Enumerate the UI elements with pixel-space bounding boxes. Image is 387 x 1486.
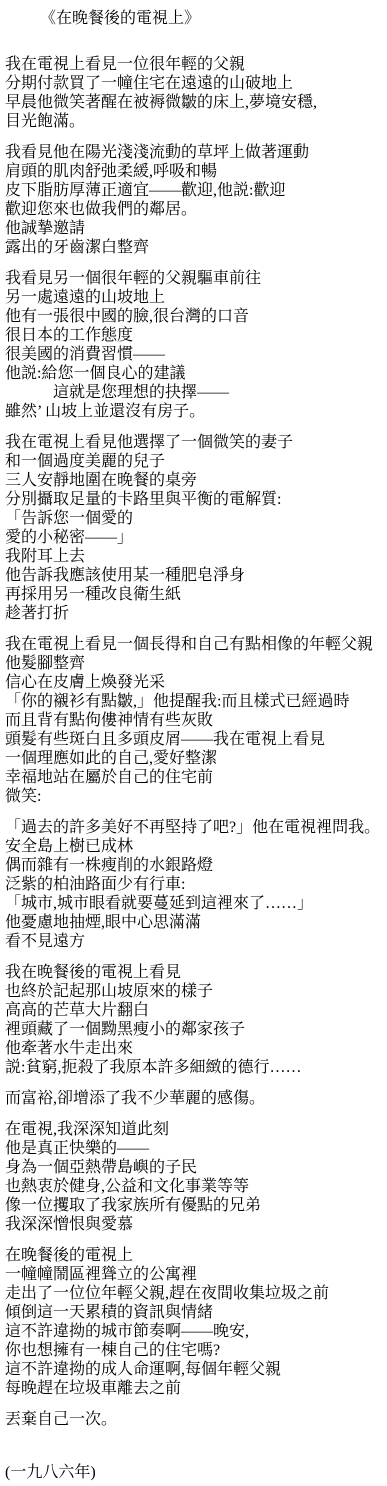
poem-line: 歡迎您來也做我們的鄰居。: [5, 200, 387, 219]
poem-line: 「告訴您一個愛的: [5, 509, 387, 528]
poem-line: 雖然’ 山坡上並還沒有房子。: [5, 402, 387, 421]
poem-line: 一幢幢鬧區裡聳立的公寓裡: [5, 1265, 387, 1284]
poem-line: 他憂慮地抽煙,眼中心思滿滿: [5, 913, 387, 932]
poem-line: 我看見另一個很年輕的父親驅車前往: [5, 269, 387, 288]
poem-line: 肩頭的肌肉舒弛柔緩,呼吸和暢: [5, 162, 387, 181]
poem-stanza: 在電視,我深深知道此刻他是真正快樂的——身為一個亞熱帶島嶼的子民也熱衷於健身,公…: [5, 1120, 387, 1234]
poem-line: 看不見遠方: [5, 932, 387, 951]
poem-line: 另一處遠遠的山坡地上: [5, 288, 387, 307]
poem-body: 我在電視上看見一位很年輕的父親分期付款買了一幢住宅在遠遠的山破地上早晨他微笑著醒…: [5, 55, 387, 1429]
poem-line: 「你的襯衫有點皺,」他提醒我:而且樣式已經過時: [5, 692, 387, 711]
poem-stanza: 我在電視上看見他選擇了一個微笑的妻子和一個過度美麗的兒子三人安靜地圍在晚餐的桌旁…: [5, 433, 387, 623]
poem-stanza: 我看見他在陽光淺淺流動的草坪上做著運動肩頭的肌肉舒弛柔緩,呼吸和暢皮下脂肪厚薄正…: [5, 143, 387, 257]
poem-line: 你也想擁有一棟自己的住宅嗎?: [5, 1341, 387, 1360]
poem-line: 我深深憎恨與愛慕: [5, 1215, 387, 1234]
poem-line: 他誠摯邀請: [5, 219, 387, 238]
poem-line: 我在電視上看見一位很年輕的父親: [5, 55, 387, 74]
poem-line: 三人安靜地圍在晚餐的桌旁: [5, 471, 387, 490]
poem-line: 高高的芒草大片翻白: [5, 1001, 387, 1020]
poem-line: 裡頭藏了一個黝黑瘦小的鄰家孩子: [5, 1020, 387, 1039]
poem-line: 我在電視上看見一個長得和自己有點相像的年輕父親: [5, 635, 387, 654]
poem-line: 説:貧窮,扼殺了我原本許多細緻的德行……: [5, 1058, 387, 1077]
poem-line: 這不許違拗的成人命運啊,每個年輕父親: [5, 1360, 387, 1379]
poem-line: 幸福地站在屬於自己的住宅前: [5, 768, 387, 787]
poem-line: 我附耳上去: [5, 547, 387, 566]
poem-line: 在電視,我深深知道此刻: [5, 1120, 387, 1139]
poem-line: 他告訴我應該使用某一種肥皂淨身: [5, 566, 387, 585]
poem-line: 微笑:: [5, 787, 387, 806]
poem-line: 他牽著水牛走出來: [5, 1039, 387, 1058]
poem-stanza: 丟棄自己一次。: [5, 1410, 387, 1429]
poem-document: 《在晚餐後的電視上》 我在電視上看見一位很年輕的父親分期付款買了一幢住宅在遠遠的…: [0, 0, 387, 1482]
poem-stanza: 在晚餐後的電視上一幢幢鬧區裡聳立的公寓裡走出了一位位年輕父親,趕在夜間收集垃圾之…: [5, 1246, 387, 1398]
poem-line: 而富裕,卻增添了我不少華麗的感傷。: [5, 1089, 387, 1108]
poem-title: 《在晚餐後的電視上》: [5, 9, 387, 28]
poem-stanza: 「過去的許多美好不再堅持了吧?」他在電視裡問我。安全島上樹已成林偶而雜有一株瘦削…: [5, 818, 387, 951]
poem-line: 他有一張很中國的臉,很台灣的口音: [5, 307, 387, 326]
poem-line: 愛的小秘密——」: [5, 528, 387, 547]
poem-line: 分別攝取足量的卡路里與平衡的電解質:: [5, 490, 387, 509]
poem-line: 目光飽滿。: [5, 112, 387, 131]
poem-line: 泛紫的柏油路面少有行車:: [5, 875, 387, 894]
year-note: (一九八六年): [5, 1463, 387, 1482]
poem-line: 信心在皮膚上煥發光采: [5, 673, 387, 692]
poem-line: 這不許違拗的城市節奏啊——晚安,: [5, 1322, 387, 1341]
poem-line: 他髮腳整齊: [5, 654, 387, 673]
poem-line: 分期付款買了一幢住宅在遠遠的山破地上: [5, 74, 387, 93]
poem-line: 皮下脂肪厚薄正適宜——歡迎,他説:歡迎: [5, 181, 387, 200]
poem-line: 露出的牙齒潔白整齊: [5, 238, 387, 257]
poem-line: 丟棄自己一次。: [5, 1410, 387, 1429]
poem-line: 再採用另一種改良衛生紙: [5, 585, 387, 604]
poem-line: 像一位攫取了我家族所有優點的兄弟: [5, 1196, 387, 1215]
poem-line: 這就是您理想的抉擇——: [5, 383, 387, 402]
poem-stanza: 我在電視上看見一位很年輕的父親分期付款買了一幢住宅在遠遠的山破地上早晨他微笑著醒…: [5, 55, 387, 131]
poem-line: 而且背有點佝僂神情有些灰敗: [5, 711, 387, 730]
poem-line: 他是真正快樂的——: [5, 1139, 387, 1158]
poem-line: 也熱衷於健身,公益和文化事業等等: [5, 1177, 387, 1196]
poem-line: 一個理應如此的自己,愛好整潔: [5, 749, 387, 768]
poem-stanza: 我在晚餐後的電視上看見也終於記起那山坡原來的樣子高高的芒草大片翻白裡頭藏了一個黝…: [5, 963, 387, 1077]
poem-line: 和一個過度美麗的兒子: [5, 452, 387, 471]
poem-line: 每晚趕在垃圾車離去之前: [5, 1379, 387, 1398]
poem-line: 安全島上樹已成林: [5, 837, 387, 856]
poem-line: 身為一個亞熱帶島嶼的子民: [5, 1158, 387, 1177]
poem-line: 頭髮有些斑白且多頭皮屑——我在電視上看見: [5, 730, 387, 749]
poem-line: 偶而雜有一株瘦削的水銀路燈: [5, 856, 387, 875]
poem-line: 很日本的工作態度: [5, 326, 387, 345]
poem-line: 我在晚餐後的電視上看見: [5, 963, 387, 982]
poem-line: 早晨他微笑著醒在被褥微皺的床上,夢境安穩,: [5, 93, 387, 112]
poem-stanza: 而富裕,卻增添了我不少華麗的感傷。: [5, 1089, 387, 1108]
poem-line: 很美國的消費習慣——: [5, 345, 387, 364]
poem-line: 我在電視上看見他選擇了一個微笑的妻子: [5, 433, 387, 452]
poem-line: 傾倒這一天累積的資訊與情緒: [5, 1303, 387, 1322]
poem-line: 趁著打折: [5, 604, 387, 623]
poem-line: 「過去的許多美好不再堅持了吧?」他在電視裡問我。: [5, 818, 387, 837]
poem-line: 他説:給您一個良心的建議: [5, 364, 387, 383]
poem-line: 走出了一位位年輕父親,趕在夜間收集垃圾之前: [5, 1284, 387, 1303]
poem-stanza: 我看見另一個很年輕的父親驅車前往另一處遠遠的山坡地上他有一張很中國的臉,很台灣的…: [5, 269, 387, 421]
poem-line: 在晚餐後的電視上: [5, 1246, 387, 1265]
poem-line: 我看見他在陽光淺淺流動的草坪上做著運動: [5, 143, 387, 162]
poem-line: 「城市,城市眼看就要蔓延到這裡來了……」: [5, 894, 387, 913]
poem-line: 也終於記起那山坡原來的樣子: [5, 982, 387, 1001]
poem-stanza: 我在電視上看見一個長得和自己有點相像的年輕父親他髮腳整齊信心在皮膚上煥發光采「你…: [5, 635, 387, 806]
